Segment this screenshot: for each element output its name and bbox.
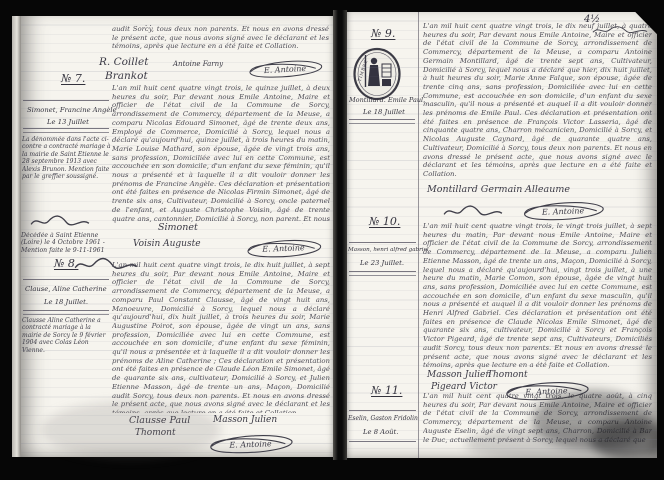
act-number: № 10. xyxy=(369,215,400,228)
revenue-stamp: TIMBRE xyxy=(352,46,402,102)
margin-act-date: Le 18 Juillet xyxy=(363,108,405,116)
book-gutter xyxy=(333,10,347,460)
margin-separator-line xyxy=(23,100,109,101)
stamp-figure-body xyxy=(368,65,380,86)
margin-act-date: Le 23 Juillet. xyxy=(360,259,404,267)
witness-signature: Voisin Auguste xyxy=(133,239,201,249)
margin-act-date: Le 13 Juillet xyxy=(47,118,89,126)
act-body: L'an mil huit cent quatre vingt trois, l… xyxy=(112,84,330,224)
witness-signature-scribble xyxy=(442,202,504,220)
marriage-mention-note: Clausse Aline Catherine a contracté mari… xyxy=(22,317,112,375)
act-body: L'an mil huit cent quatre vingt trois, l… xyxy=(423,22,652,184)
margin-separator-line xyxy=(23,310,109,315)
act-number: № 11. xyxy=(371,384,402,397)
act-number: № 7. xyxy=(61,72,85,85)
stamp-shield xyxy=(382,64,391,77)
marriage-mention-note: La dénommée dans l'acte ci-contre a cont… xyxy=(22,136,111,210)
death-mention-note: Décédée à Saint Etienne (Loire) le 4 Oct… xyxy=(21,232,121,256)
declarant-signature: Masson Julien xyxy=(427,370,491,380)
page-shading xyxy=(41,401,221,459)
margin-separator-line xyxy=(349,271,416,276)
book-page-edges xyxy=(12,16,21,457)
officer-signature-paraph: E. Antoine xyxy=(242,56,327,82)
margin-separator-line xyxy=(349,242,416,243)
margin-separator-line xyxy=(23,279,109,280)
margin-separator-line xyxy=(349,410,416,411)
margin-child-name: Eselin, Gaston Fridolin xyxy=(348,415,418,422)
margin-separator-line xyxy=(23,128,109,133)
margin-separator-line xyxy=(349,441,416,442)
act-body: L'an mil huit cent quatre vingt trois, l… xyxy=(423,222,652,370)
officer-signature-paraph: E. Antoine xyxy=(241,236,327,262)
witness-signature: Thomont xyxy=(487,370,528,380)
witness-signature: Alleaume xyxy=(525,184,570,195)
margin-child-name: Simonet, Francine Angèle xyxy=(27,106,117,114)
act-number: № 9. xyxy=(371,27,395,40)
stamp-value-box xyxy=(382,79,391,86)
margin-child-name: Masson, henri alfred gabriel xyxy=(348,247,429,253)
declarant-signature: Simonet xyxy=(158,222,198,233)
ink-stain xyxy=(465,427,645,461)
stamp-figure-head xyxy=(371,58,377,64)
margin-separator-line xyxy=(349,119,415,124)
witness-signature: Antoine Farny xyxy=(173,60,223,68)
previous-act-ending: audit Sorcy, tous deux non parents. Et n… xyxy=(112,25,329,60)
greffier-signature-scribble xyxy=(29,212,91,230)
margin-child-name: Clause, Aline Catherine xyxy=(25,285,107,293)
witness-signature: Masson Julien xyxy=(213,415,277,425)
left-page: · · audit Sorcy, tous deux non parents. … xyxy=(21,16,333,457)
right-page: 4½ № 9. TIMBRE Montillard. Emile Paul. L… xyxy=(347,12,657,458)
officer-signature-paraph: E. Antoine xyxy=(517,197,610,224)
act-body: L'an mil huit cent quatre vingt trois, l… xyxy=(112,261,330,413)
margin-child-name: Montillard. Emile Paul. xyxy=(349,96,425,104)
witness-signature: R. Coillet xyxy=(99,56,148,68)
register-scan: · · audit Sorcy, tous deux non parents. … xyxy=(0,0,664,480)
declarant-signature: Montillard Germain xyxy=(427,184,522,195)
witness-signature: Pigeard Victor xyxy=(431,382,497,392)
margin-act-date: Le 8 Août. xyxy=(363,428,398,436)
margin-act-date: Le 18 Juillet. xyxy=(44,298,88,306)
witness-signature: Brankot xyxy=(105,70,148,82)
margin-rule xyxy=(418,12,419,458)
